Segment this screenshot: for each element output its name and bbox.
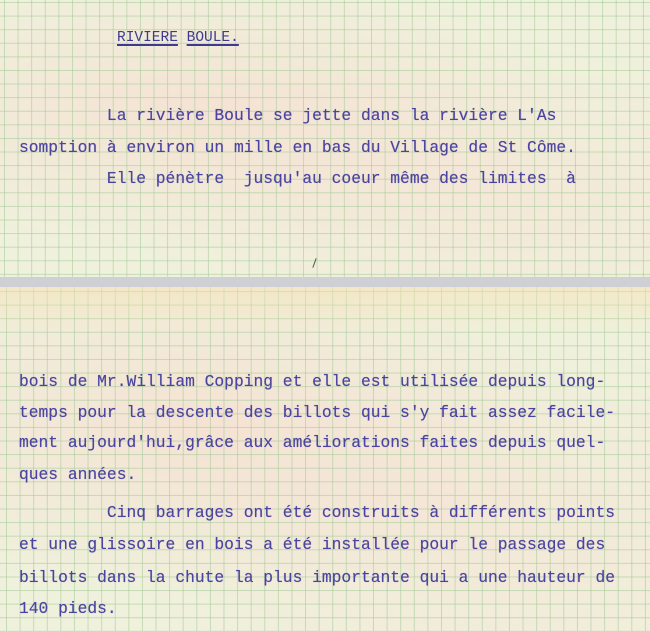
text-line: ques années. bbox=[19, 466, 136, 484]
text-line: Elle pénètre jusqu'au coeur même des lim… bbox=[19, 170, 576, 188]
document-page-bottom-fragment: bois de Mr.William Copping et elle est u… bbox=[0, 287, 650, 631]
text-line: ment aujourd'hui,grâce aux améliorations… bbox=[19, 434, 605, 452]
text-line: Cinq barrages ont été construits à diffé… bbox=[19, 504, 615, 522]
text-line: somption à environ un mille en bas du Vi… bbox=[19, 139, 576, 157]
text-line: et une glissoire en bois a été installée… bbox=[19, 536, 605, 554]
text-line: La rivière Boule se jette dans la rivièr… bbox=[19, 107, 556, 125]
title-word-boule: BOULE. bbox=[187, 30, 239, 46]
text-line: bois de Mr.William Copping et elle est u… bbox=[19, 373, 605, 391]
document-title: RIVIERE BOULE. bbox=[117, 29, 239, 47]
fragment-separator bbox=[0, 277, 650, 287]
text-line: 140 pieds. bbox=[19, 600, 117, 618]
text-line: temps pour la descente des billots qui s… bbox=[19, 404, 615, 422]
pencil-mark bbox=[312, 258, 316, 268]
document-page-top-fragment: RIVIERE BOULE. La rivière Boule se jette… bbox=[0, 0, 650, 277]
title-word-riviere: RIVIERE bbox=[117, 30, 178, 46]
text-line: billots dans la chute la plus importante… bbox=[19, 569, 615, 587]
